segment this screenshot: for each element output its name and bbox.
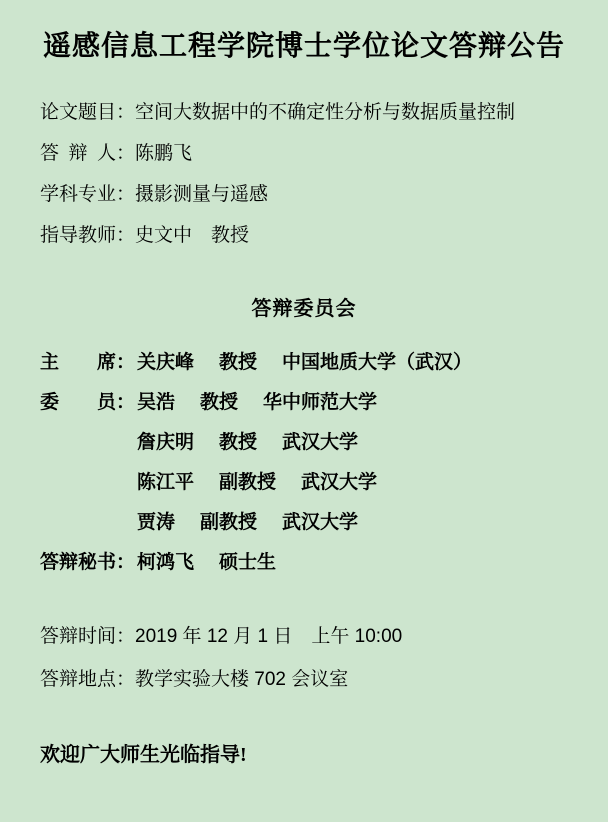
defense-location-row: 答辩地点：教学实验大楼 702 会议室: [40, 668, 608, 691]
schedule-section: 答辩时间：2019 年 12 月 1 日 上午 10:00 答辩地点：教学实验大…: [40, 625, 608, 691]
member-title: 副教授: [200, 512, 257, 534]
field-value: 史文中 教授: [135, 225, 249, 246]
member-title: 教授: [219, 352, 257, 374]
member-title: 硕士生: [219, 552, 276, 574]
major-row: 学科专业：摄影测量与遥感: [40, 184, 608, 206]
committee-role-label: [40, 432, 137, 454]
member-name: 贾涛: [137, 512, 175, 534]
member-affiliation: 武汉大学: [282, 512, 358, 534]
committee-row: 委 员：吴浩教授华中师范大学: [40, 392, 608, 414]
field-label: 答辩地点：: [40, 669, 135, 690]
member-affiliation: 武汉大学: [282, 432, 358, 454]
field-value: 空间大数据中的不确定性分析与数据质量控制: [135, 102, 515, 123]
secretary-row: 答辩秘书：柯鸿飞硕士生: [40, 552, 608, 574]
field-value: 摄影测量与遥感: [135, 184, 268, 205]
announcement-title: 遥感信息工程学院博士学位论文答辩公告: [0, 0, 608, 66]
committee-row: 詹庆明教授武汉大学: [40, 432, 608, 454]
committee-role-label: 答辩秘书：: [40, 552, 137, 574]
announcement-page: 遥感信息工程学院博士学位论文答辩公告 论文题目：空间大数据中的不确定性分析与数据…: [0, 0, 608, 822]
committee-role-label: [40, 512, 137, 534]
field-value: 教学实验大楼 702 会议室: [135, 669, 348, 690]
member-name: 吴浩: [137, 392, 175, 414]
member-name: 陈江平: [137, 472, 194, 494]
member-title: 教授: [219, 432, 257, 454]
field-value: 2019 年 12 月 1 日 上午 10:00: [135, 626, 402, 647]
defense-time-row: 答辩时间：2019 年 12 月 1 日 上午 10:00: [40, 625, 608, 648]
committee-section: 主 席：关庆峰教授中国地质大学（武汉） 委 员：吴浩教授华中师范大学 詹庆明教授…: [40, 352, 608, 574]
member-affiliation: 中国地质大学（武汉）: [282, 352, 472, 374]
committee-role-label: 委 员：: [40, 392, 137, 414]
field-label: 论文题目：: [40, 102, 135, 123]
member-title: 副教授: [219, 472, 276, 494]
field-label: 答 辩 人：: [40, 143, 135, 164]
member-name: 柯鸿飞: [137, 552, 194, 574]
member-name: 关庆峰: [137, 352, 194, 374]
committee-row: 贾涛副教授武汉大学: [40, 512, 608, 534]
committee-role-label: 主 席：: [40, 352, 137, 374]
field-label: 学科专业：: [40, 184, 135, 205]
member-affiliation: 华中师范大学: [263, 392, 377, 414]
welcome-message: 欢迎广大师生光临指导!: [40, 744, 608, 767]
thesis-title-row: 论文题目：空间大数据中的不确定性分析与数据质量控制: [40, 102, 608, 124]
member-name: 詹庆明: [137, 432, 194, 454]
field-label: 指导教师：: [40, 225, 135, 246]
committee-role-label: [40, 472, 137, 494]
thesis-info-section: 论文题目：空间大数据中的不确定性分析与数据质量控制 答 辩 人：陈鹏飞 学科专业…: [40, 102, 608, 247]
committee-heading: 答辩委员会: [0, 298, 608, 320]
member-title: 教授: [200, 392, 238, 414]
committee-row: 陈江平副教授武汉大学: [40, 472, 608, 494]
supervisor-row: 指导教师：史文中 教授: [40, 225, 608, 247]
member-affiliation: 武汉大学: [301, 472, 377, 494]
field-label: 答辩时间：: [40, 626, 135, 647]
committee-row: 主 席：关庆峰教授中国地质大学（武汉）: [40, 352, 608, 374]
field-value: 陈鹏飞: [135, 143, 192, 164]
candidate-row: 答 辩 人：陈鹏飞: [40, 143, 608, 165]
